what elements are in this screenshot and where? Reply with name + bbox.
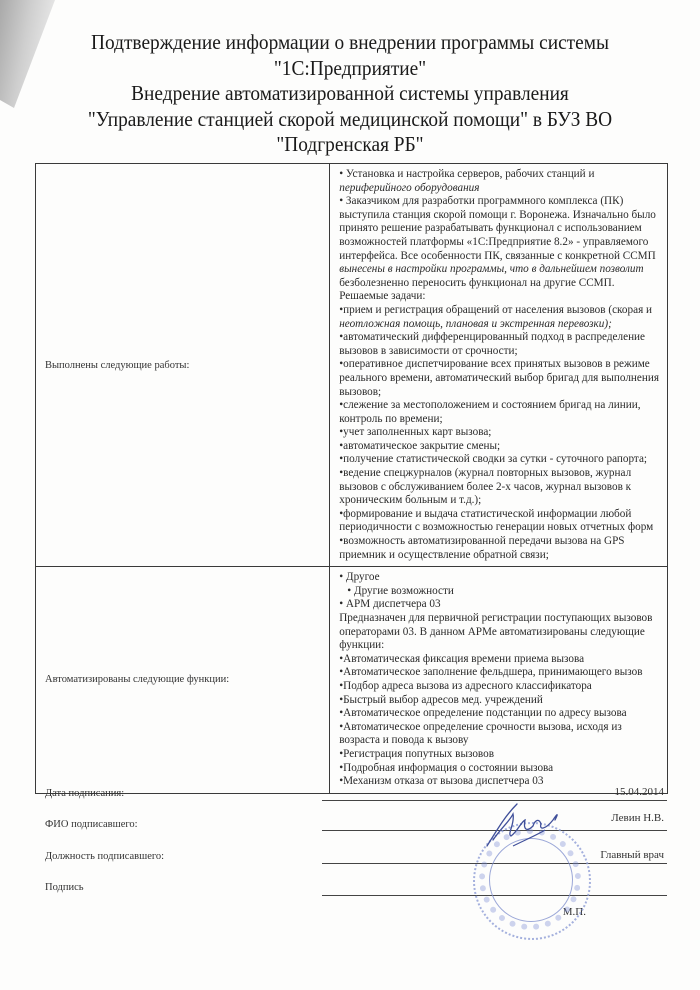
content-line: •Регистрация попутных вызовов — [339, 748, 659, 762]
document-title: Подтверждение информации о внедрении про… — [53, 30, 647, 158]
content-line: Предназначен для первичной регистрации п… — [339, 612, 659, 626]
content-line: периодичности с возможностью генерации н… — [339, 521, 659, 535]
content-line: • Установка и настройка серверов, рабочи… — [339, 168, 659, 182]
sign-label: Подпись — [45, 882, 84, 893]
position-label: Должность подписавшего: — [45, 851, 164, 862]
content-line: •автоматическое закрытие смены; — [339, 440, 659, 454]
row-label-works: Выполнены следующие работы: — [36, 164, 330, 567]
table-row-functions: Автоматизированы следующие функции: • Др… — [36, 567, 668, 794]
content-line: интерфейса. Все особенности ПК, связанны… — [339, 250, 659, 264]
content-line: периферийного оборудования — [339, 182, 659, 196]
title-line: "Подгренская РБ" — [53, 132, 647, 158]
content-line: •Механизм отказа от вызова диспетчера 03 — [339, 775, 659, 789]
content-line: вынесены в настройки программы, что в да… — [339, 263, 659, 277]
content-line: приемник и осуществление обратной связи; — [339, 549, 659, 563]
content-line: Решаемые задачи: — [339, 290, 659, 304]
content-line: •Подбор адреса вызова из адресного класс… — [339, 680, 659, 694]
content-line: хроническим больным и т.д.); — [339, 494, 659, 508]
info-table: Выполнены следующие работы: • Установка … — [35, 163, 668, 794]
content-line: •Автоматическая фиксация времени приема … — [339, 653, 659, 667]
date-label: Дата подписания: — [45, 788, 124, 799]
content-line: вызовов; — [339, 386, 659, 400]
content-line: операторами 03. В данном АРМе автоматизи… — [339, 626, 659, 640]
content-line: •слежение за местоположением и состояние… — [339, 399, 659, 413]
row-label-functions: Автоматизированы следующие функции: — [36, 567, 330, 794]
content-line: •Автоматическое определение срочности вы… — [339, 721, 659, 735]
content-line: •получение статистической сводки за сутк… — [339, 453, 659, 467]
title-line: Подтверждение информации о внедрении про… — [53, 30, 647, 56]
content-line: безболезненно переносить функционал на д… — [339, 277, 659, 291]
content-line: реального времени, автоматический выбор … — [339, 372, 659, 386]
page-fold-shadow — [0, 0, 60, 110]
content-line: выступила станция скорой помощи г. Ворон… — [339, 209, 659, 223]
content-line: •оперативное диспетчирование всех принят… — [339, 358, 659, 372]
content-line: •формирование и выдача статистической ин… — [339, 508, 659, 522]
content-line: •автоматический дифференцированный подхо… — [339, 331, 659, 345]
content-line: вызовов с обслуживанием более 2-х часов,… — [339, 481, 659, 495]
title-line: Внедрение автоматизированной системы упр… — [53, 81, 647, 107]
content-line: • АРМ диспетчера 03 — [339, 598, 659, 612]
content-line: принято решение разрабатывать функционал… — [339, 222, 659, 236]
content-line: вызовов в зависимости от срочности; — [339, 345, 659, 359]
content-line: •Автоматическое определение подстанции п… — [339, 707, 659, 721]
content-line: неотложная помощь, плановая и экстренная… — [339, 318, 659, 332]
content-line: •учет заполненных карт вызова; — [339, 426, 659, 440]
name-value: Левин Н.В. — [611, 812, 664, 824]
content-line: •Автоматическое заполнение фельдшера, пр… — [339, 666, 659, 680]
content-line: •Быстрый выбор адресов мед. учреждений — [339, 694, 659, 708]
content-line: • Другие возможности — [339, 585, 659, 599]
table-row-works: Выполнены следующие работы: • Установка … — [36, 164, 668, 567]
row-content-works: • Установка и настройка серверов, рабочи… — [330, 164, 668, 567]
content-line: •возможность автоматизированной передачи… — [339, 535, 659, 549]
content-line: • Другое — [339, 571, 659, 585]
name-label: ФИО подписавшего: — [45, 819, 138, 830]
content-line: функции: — [339, 639, 659, 653]
content-line: •ведение спецжурналов (журнал повторных … — [339, 467, 659, 481]
row-content-functions: • Другое• Другие возможности• АРМ диспет… — [330, 567, 668, 794]
content-line: возможностей платформы «1С:Предприятие 8… — [339, 236, 659, 250]
content-line: контроль по времени; — [339, 413, 659, 427]
handwritten-signature — [483, 800, 563, 850]
position-value: Главный врач — [600, 849, 664, 861]
content-line: •Подробная информация о состоянии вызова — [339, 762, 659, 776]
content-line: •прием и регистрация обращений от населе… — [339, 304, 659, 318]
date-value: 15.04.2014 — [615, 786, 665, 798]
content-line: • Заказчиком для разработки программного… — [339, 195, 659, 209]
title-line: "1С:Предприятие" — [53, 56, 647, 82]
title-line: "Управление станцией скорой медицинской … — [53, 107, 647, 133]
content-line: возраста и повода к вызову — [339, 734, 659, 748]
